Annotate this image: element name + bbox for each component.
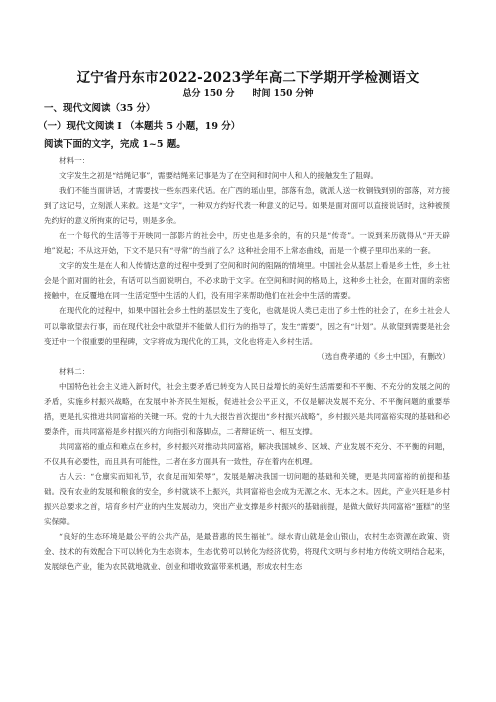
section-heading: 一、现代文阅读（35 分）: [44, 100, 156, 114]
material2-label: 材料二：: [44, 364, 450, 379]
reading-instruction: 阅读下面的文字，完成 1~5 题。: [44, 136, 186, 150]
material1-source: （选自费孝通的《乡土中国》，有删改）: [44, 349, 450, 364]
paragraph: 古人云：“仓廪实而知礼节，衣食足而知荣辱”，发展是解决我国一切问题的基础和关键，…: [44, 469, 450, 529]
paragraph: 共同富裕的重点和难点在乡村，乡村振兴对推动共同富裕，解决我国城乡、区域、产业发展…: [44, 439, 450, 469]
material1-label: 材料一：: [44, 153, 450, 168]
paragraph: “良好的生态环境是最公平的公共产品，是最普惠的民生福祉”。绿水青山就是金山银山，…: [44, 529, 450, 574]
reading-passage: 材料一： 文字发生之初是“结绳记事”，需要结绳来记事是为了在空间和时间中人和人的…: [44, 153, 450, 574]
exam-title: 辽宁省丹东市2022-2023学年高二下学期开学检测语文: [0, 66, 496, 86]
exam-time: 时间 150 分钟: [253, 89, 314, 99]
paragraph: 在现代化的过程中，如果中国社会乡土性的基层发生了变化，也就是说人类已走出了乡土性…: [44, 303, 450, 348]
document-page: 辽宁省丹东市2022-2023学年高二下学期开学检测语文 总分 150 分时间 …: [0, 0, 496, 702]
paragraph: 文字的发生是在人和人传情达意的过程中受到了空间和时间的阻隔的情境里。中国社会从基…: [44, 258, 450, 303]
paragraph: 文字发生之初是“结绳记事”，需要结绳来记事是为了在空间和时间中人和人的接触发生了…: [44, 168, 450, 183]
total-score: 总分 150 分: [182, 89, 234, 99]
paragraph: 我们不能当面讲话，才需要找一些东西来代话。在广西的瑶山里，部落有急，就派人送一枚…: [44, 183, 450, 228]
subsection-heading: （一）现代文阅读 I （本题共 5 小题，19 分）: [38, 118, 240, 132]
paragraph: 在一个每代的生活等于开映同一部影片的社会中，历史也是多余的，有的只是“传奇”。一…: [44, 228, 450, 258]
paragraph: 中国特色社会主义进入新时代，社会主要矛盾已转变为人民日益增长的美好生活需要和不平…: [44, 379, 450, 439]
exam-info: 总分 150 分时间 150 分钟: [0, 86, 496, 99]
